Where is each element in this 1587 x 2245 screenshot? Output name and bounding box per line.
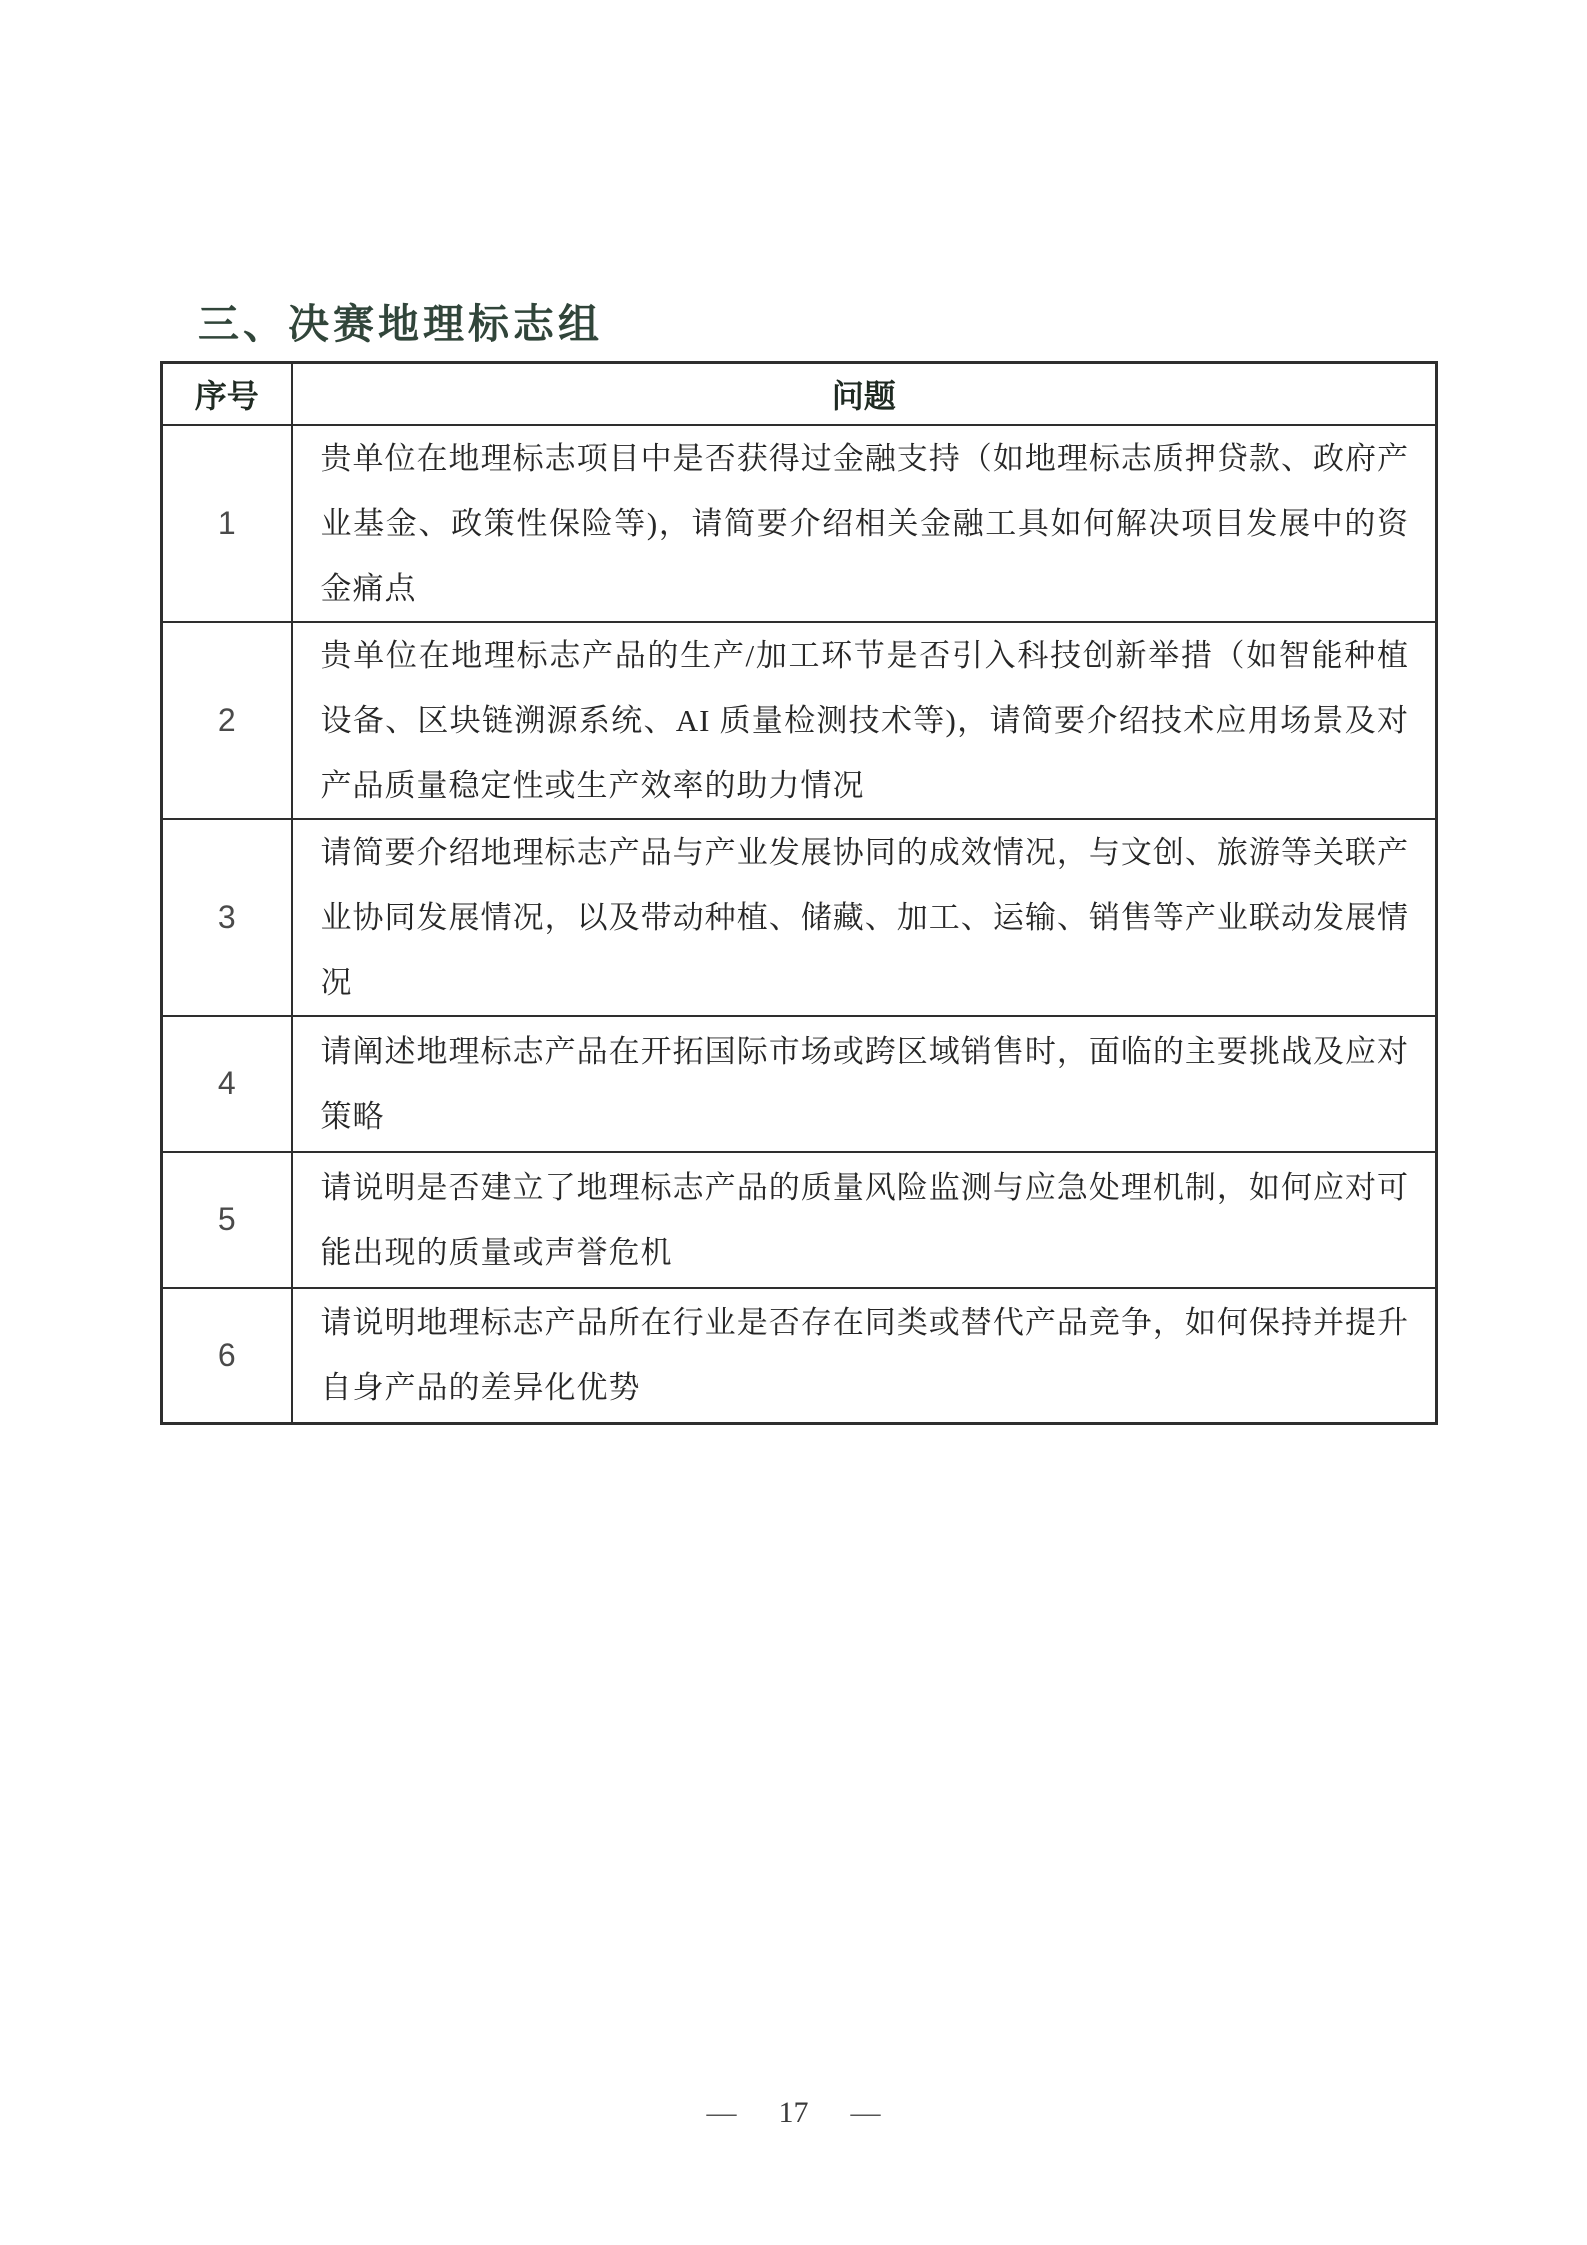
question-table: 序号 问题 1 贵单位在地理标志项目中是否获得过金融支持（如地理标志质押贷款、政…	[160, 361, 1438, 1425]
header-cell-question: 问题	[292, 363, 1437, 425]
page-footer: — 17 —	[0, 2096, 1587, 2130]
table-row: 1 贵单位在地理标志项目中是否获得过金融支持（如地理标志质押贷款、政府产业基金、…	[162, 425, 1437, 622]
table-row: 3 请简要介绍地理标志产品与产业发展协同的成效情况，与文创、旅游等关联产业协同发…	[162, 819, 1437, 1016]
row-question: 请阐述地理标志产品在开拓国际市场或跨区域销售时，面临的主要挑战及应对策略	[292, 1016, 1437, 1152]
row-number: 6	[162, 1288, 292, 1424]
row-question: 请说明是否建立了地理标志产品的质量风险监测与应急处理机制，如何应对可能出现的质量…	[292, 1152, 1437, 1288]
table-row: 6 请说明地理标志产品所在行业是否存在同类或替代产品竞争，如何保持并提升自身产品…	[162, 1288, 1437, 1424]
table-row: 5 请说明是否建立了地理标志产品的质量风险监测与应急处理机制，如何应对可能出现的…	[162, 1152, 1437, 1288]
row-number: 2	[162, 622, 292, 819]
footer-dash-left: —	[707, 2096, 737, 2130]
table-header-row: 序号 问题	[162, 363, 1437, 425]
row-number: 5	[162, 1152, 292, 1288]
row-question: 请说明地理标志产品所在行业是否存在同类或替代产品竞争，如何保持并提升自身产品的差…	[292, 1288, 1437, 1424]
row-number: 4	[162, 1016, 292, 1152]
section-title: 三、决赛地理标志组	[198, 291, 603, 350]
row-number: 1	[162, 425, 292, 622]
page-number: 17	[779, 2096, 809, 2130]
table-row: 4 请阐述地理标志产品在开拓国际市场或跨区域销售时，面临的主要挑战及应对策略	[162, 1016, 1437, 1152]
row-question: 请简要介绍地理标志产品与产业发展协同的成效情况，与文创、旅游等关联产业协同发展情…	[292, 819, 1437, 1016]
document-page: 三、决赛地理标志组 序号 问题 1 贵单位在地理标志项目中是否获得过金融支持（如…	[0, 0, 1587, 2245]
table-row: 2 贵单位在地理标志产品的生产/加工环节是否引入科技创新举措（如智能种植设备、区…	[162, 622, 1437, 819]
header-cell-number: 序号	[162, 363, 292, 425]
row-question: 贵单位在地理标志项目中是否获得过金融支持（如地理标志质押贷款、政府产业基金、政策…	[292, 425, 1437, 622]
row-number: 3	[162, 819, 292, 1016]
row-question: 贵单位在地理标志产品的生产/加工环节是否引入科技创新举措（如智能种植设备、区块链…	[292, 622, 1437, 819]
footer-dash-right: —	[851, 2096, 881, 2130]
